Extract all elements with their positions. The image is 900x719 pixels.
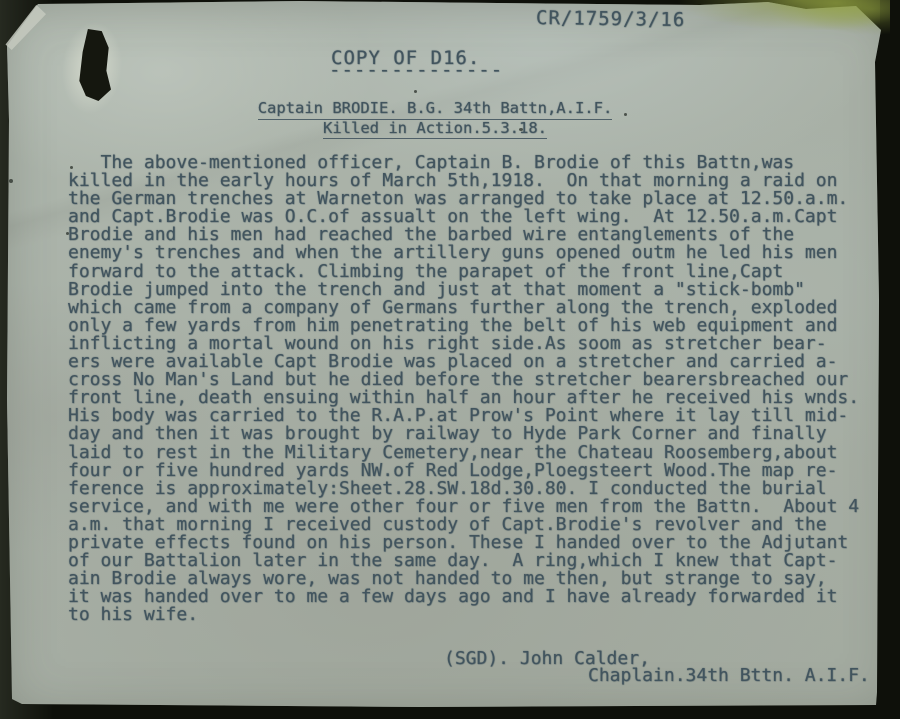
document-title-line2: Killed in Action.5.3.18. (323, 120, 547, 140)
ink-speck (414, 90, 417, 93)
document-title: Captain BRODIE. B.G. 34th Battn,A.I.F. K… (235, 100, 635, 139)
ink-speck (519, 128, 523, 131)
document-title-line1: Captain BRODIE. B.G. 34th Battn,A.I.F. (258, 100, 613, 120)
body-line: to his wife. (68, 606, 880, 624)
document-body: The above-mentioned officer, Captain B. … (68, 154, 880, 624)
ink-speck (9, 179, 13, 183)
body-line: laid to rest in the Military Cemetery,ne… (68, 444, 880, 462)
scanned-document: CR/1759/3/16 COPY OF D16. --------------… (0, 0, 900, 719)
signature-role-line: Chaplain.34th Bttn. A.I.F. (588, 665, 870, 686)
body-line: four or five hundred yards NW.of Red Lod… (68, 462, 880, 480)
ink-speck (66, 232, 69, 235)
body-line: enemy's trenches and when the artillery … (68, 244, 880, 262)
reference-number: CR/1759/3/16 (536, 7, 686, 31)
copy-heading-underline: -------------- (329, 59, 503, 81)
ink-speck (624, 113, 627, 116)
body-line: day and then it was brought by railway t… (68, 425, 880, 443)
body-line: forward to the attack. Climbing the para… (68, 263, 880, 281)
paper-stain (770, 0, 880, 30)
ink-speck (70, 166, 73, 169)
